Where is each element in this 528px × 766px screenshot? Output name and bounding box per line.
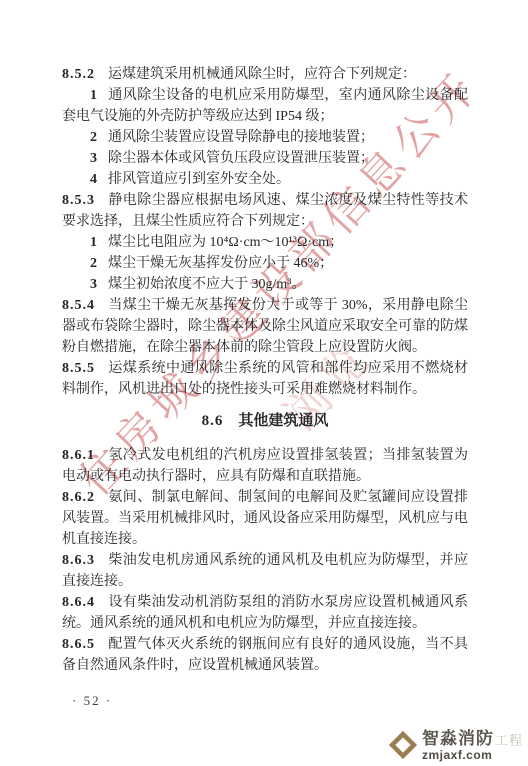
item-number: 4 (90, 172, 97, 187)
vendor-logo: 智淼消防 工程 zmjaxf.com (387, 729, 523, 761)
list-item-3: 3除尘器本体或风管负压段应设置泄压装置； (62, 148, 468, 169)
list-item-2: 2煤尘干燥无灰基挥发份应小于 46%； (62, 253, 468, 274)
item-text: 通风除尘装置应设置导除静电的接地装置； (108, 130, 374, 145)
clause-8-5-5: 8.5.5运煤系统中通风除尘系统的风管和部件均应采用不燃烧材料制作，风机进出口处… (62, 358, 468, 400)
clause-8-6-5: 8.6.5配置气体灭火系统的钢瓶间应有良好的通风设施，当不具备自然通风条件时，应… (62, 634, 468, 676)
clause-number: 8.6.2 (62, 490, 95, 505)
clause-number: 8.5.2 (62, 67, 95, 82)
document-page: 住房城乡建设部信息公开 浏览 8.5.2运煤建筑采用机械通风除尘时，应符合下列规… (0, 0, 528, 766)
clause-text: 氢冷式发电机组的汽机房应设置排氢装置；当排氢装置为电动或有电动执行器时，应具有防… (62, 448, 468, 484)
item-number: 2 (90, 130, 97, 145)
clause-text: 静电除尘器应根据电场风速、煤尘浓度及煤尘特性等技术要求选择，且煤尘性质应符合下列… (62, 193, 468, 229)
clause-number: 8.6.1 (62, 448, 95, 463)
clause-text: 设有柴油发动机消防泵组的消防水泵房应设置机械通风系统。通风系统的通风机和电机应为… (62, 595, 468, 631)
list-item-2: 2通风除尘装置应设置导除静电的接地装置； (62, 127, 468, 148)
section-heading-8-6: 8.6其他建筑通风 (62, 411, 468, 432)
diamond-z-logo-icon (387, 729, 419, 761)
clause-text: 当煤尘干燥无灰基挥发份大于或等于 30%，采用静电除尘器或布袋除尘器时，除尘器本… (62, 298, 468, 355)
clause-number: 8.5.5 (62, 361, 95, 376)
clause-number: 8.5.4 (62, 298, 95, 313)
item-text: 排风管道应引到室外安全处。 (108, 172, 290, 187)
logo-url: zmjaxf.com (422, 749, 523, 761)
item-text: 煤尘比电阻应为 10⁴Ω·cm～10¹³Ω·cm； (108, 235, 343, 250)
list-item-1: 1通风除尘设备的电机应采用防爆型，室内通风除尘设备配套电气设施的外壳防护等级应达… (62, 85, 468, 127)
list-item-1: 1煤尘比电阻应为 10⁴Ω·cm～10¹³Ω·cm； (62, 232, 468, 253)
clause-text: 配置气体灭火系统的钢瓶间应有良好的通风设施，当不具备自然通风条件时，应设置机械通… (62, 637, 468, 673)
page-number: · 52 · (72, 693, 112, 709)
clause-8-6-1: 8.6.1氢冷式发电机组的汽机房应设置排氢装置；当排氢装置为电动或有电动执行器时… (62, 445, 468, 487)
item-text: 通风除尘设备的电机应采用防爆型，室内通风除尘设备配套电气设施的外壳防护等级应达到… (62, 88, 468, 124)
item-text: 煤尘初始浓度不应大于 30g/m³。 (108, 277, 305, 292)
section-number: 8.6 (202, 413, 224, 429)
clause-8-5-3: 8.5.3静电除尘器应根据电场风速、煤尘浓度及煤尘特性等技术要求选择，且煤尘性质… (62, 190, 468, 232)
clause-text: 运煤建筑采用机械通风除尘时，应符合下列规定： (108, 67, 416, 82)
section-title: 其他建筑通风 (238, 413, 328, 429)
clause-text: 柴油发电机房通风系统的通风机及电机应为防爆型，并应直接连接。 (62, 553, 468, 589)
item-number: 3 (90, 151, 97, 166)
clause-8-6-4: 8.6.4设有柴油发动机消防泵组的消防水泵房应设置机械通风系统。通风系统的通风机… (62, 592, 468, 634)
item-number: 1 (90, 88, 97, 103)
clause-text: 运煤系统中通风除尘系统的风管和部件均应采用不燃烧材料制作，风机进出口处的挠性接头… (62, 361, 468, 397)
item-text: 煤尘干燥无灰基挥发份应小于 46%； (108, 256, 333, 271)
clause-8-6-3: 8.6.3柴油发电机房通风系统的通风机及电机应为防爆型，并应直接连接。 (62, 550, 468, 592)
clause-8-5-2: 8.5.2运煤建筑采用机械通风除尘时，应符合下列规定： (62, 64, 468, 85)
clause-number: 8.6.5 (62, 637, 95, 652)
list-item-4: 4排风管道应引到室外安全处。 (62, 169, 468, 190)
clause-number: 8.6.4 (62, 595, 95, 610)
logo-name: 智淼消防 (422, 730, 494, 747)
item-text: 除尘器本体或风管负压段应设置泄压装置； (108, 151, 374, 166)
item-number: 2 (90, 256, 97, 271)
logo-text-block: 智淼消防 工程 zmjaxf.com (422, 730, 523, 761)
clause-8-6-2: 8.6.2氨间、制氯电解间、制氢间的电解间及贮氢罐间应设置排风装置。当采用机械排… (62, 487, 468, 550)
item-number: 1 (90, 235, 97, 250)
logo-suffix: 工程 (495, 734, 523, 747)
clause-8-5-4: 8.5.4当煤尘干燥无灰基挥发份大于或等于 30%，采用静电除尘器或布袋除尘器时… (62, 295, 468, 358)
list-item-3: 3煤尘初始浓度不应大于 30g/m³。 (62, 274, 468, 295)
item-number: 3 (90, 277, 97, 292)
clause-number: 8.6.3 (62, 553, 95, 568)
clause-text: 氨间、制氯电解间、制氢间的电解间及贮氢罐间应设置排风装置。当采用机械排风时，通风… (62, 490, 468, 547)
clause-number: 8.5.3 (62, 193, 95, 208)
document-body: 8.5.2运煤建筑采用机械通风除尘时，应符合下列规定： 1通风除尘设备的电机应采… (62, 64, 468, 676)
